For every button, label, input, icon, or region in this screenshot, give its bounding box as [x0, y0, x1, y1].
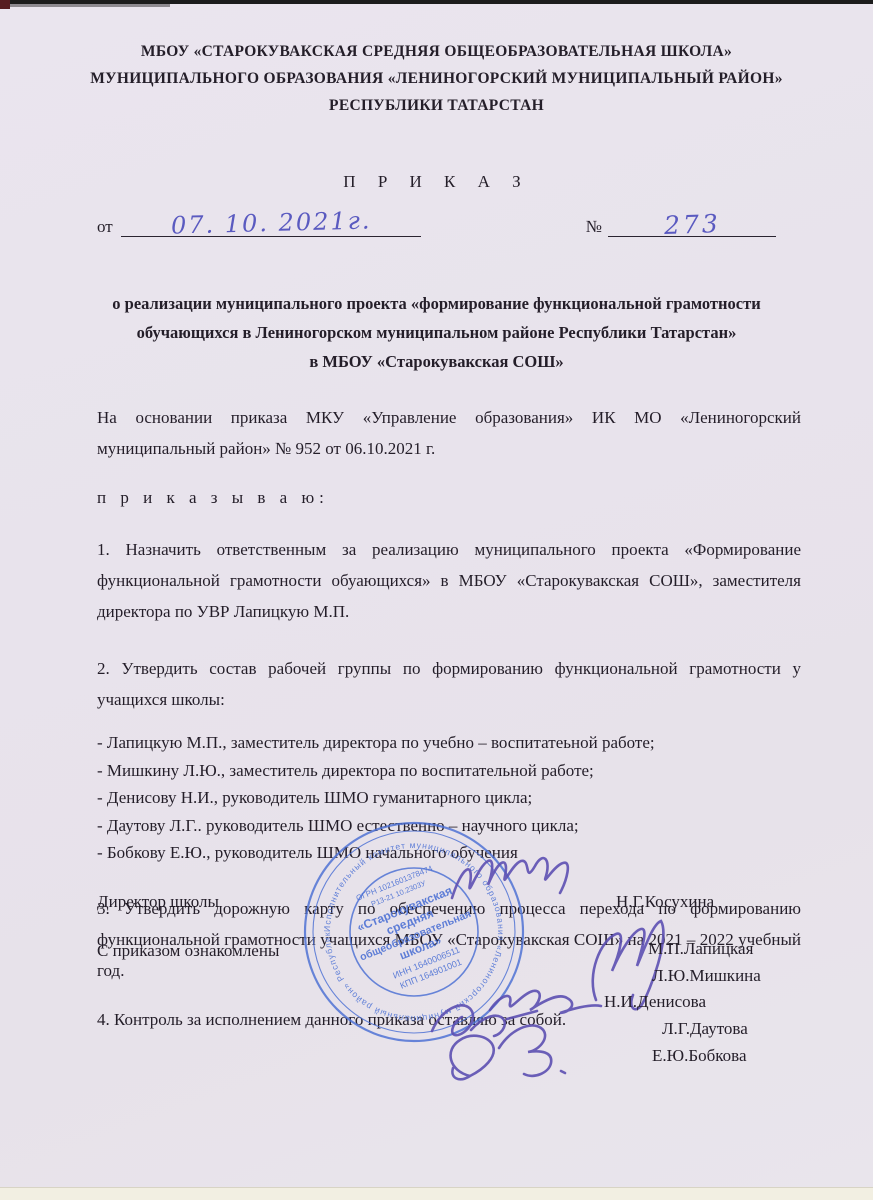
date-field: от 07. 10. 2021г.: [97, 212, 421, 237]
basis-paragraph: На основании приказа МКУ «Управление обр…: [97, 402, 801, 464]
subject-line1: о реализации муниципального проекта «фор…: [60, 289, 813, 318]
signature-bobkova: [451, 1025, 565, 1079]
number-field: № 273: [586, 212, 776, 237]
signature-zone: Исполнительный комитет муниципального об…: [0, 800, 873, 1200]
order-item-2: 2. Утвердить состав рабочей группы по фо…: [97, 653, 801, 715]
acknowledged-label: С приказом ознакомлены: [97, 941, 279, 961]
subject-line3: в МБОУ «Старокувакская СОШ»: [60, 347, 813, 376]
org-name-line2: МУНИЦИПАЛЬНОГО ОБРАЗОВАНИЯ «ЛЕНИНОГОРСКИ…: [0, 65, 873, 92]
document-title: П Р И К А З: [0, 172, 873, 192]
ack-name: Е.Ю.Бобкова: [652, 1046, 747, 1066]
order-subject: о реализации муниципального проекта «фор…: [0, 289, 873, 376]
roster-member: - Мишкину Л.Ю., заместитель директора по…: [97, 757, 801, 785]
order-item-1: 1. Назначить ответственным за реализацию…: [97, 534, 801, 627]
org-name-line3: РЕСПУБЛИКИ ТАТАРСТАН: [0, 92, 873, 119]
order-word: п р и к а з ы в а ю:: [97, 488, 801, 508]
director-name: Н.Г.Косухина: [616, 892, 714, 912]
organization-header: МБОУ «СТАРОКУВАКСКАЯ СРЕДНЯЯ ОБЩЕОБРАЗОВ…: [0, 38, 873, 119]
org-name-line1: МБОУ «СТАРОКУВАКСКАЯ СРЕДНЯЯ ОБЩЕОБРАЗОВ…: [0, 38, 873, 65]
ack-name: Л.Ю.Мишкина: [652, 966, 761, 986]
ack-name: М.П.Лапицкая: [648, 939, 753, 959]
subject-line2: обучающихся в Лениногорском муниципально…: [60, 318, 813, 347]
handwritten-number: 273: [663, 213, 720, 237]
ack-name: Л.Г.Даутова: [662, 1019, 748, 1039]
ack-name: Н.И.Денисова: [604, 992, 706, 1012]
roster-member: - Лапицкую М.П., заместитель директора п…: [97, 729, 801, 757]
scanned-order-page: МБОУ «СТАРОКУВАКСКАЯ СРЕДНЯЯ ОБЩЕОБРАЗОВ…: [0, 0, 873, 1200]
date-number-row: от 07. 10. 2021г. № 273: [97, 212, 776, 237]
date-label: от: [97, 217, 113, 237]
number-blank-line: 273: [608, 212, 776, 237]
signature-dautova: [432, 1005, 537, 1036]
director-label: Директор школы: [97, 892, 219, 912]
handwritten-date: 07. 10. 2021г.: [170, 209, 371, 236]
ink-signatures: [0, 800, 873, 1200]
signature-director: [452, 858, 568, 898]
date-blank-line: 07. 10. 2021г.: [121, 212, 421, 237]
signature-mishkina: [490, 991, 601, 1013]
number-label: №: [586, 217, 602, 237]
